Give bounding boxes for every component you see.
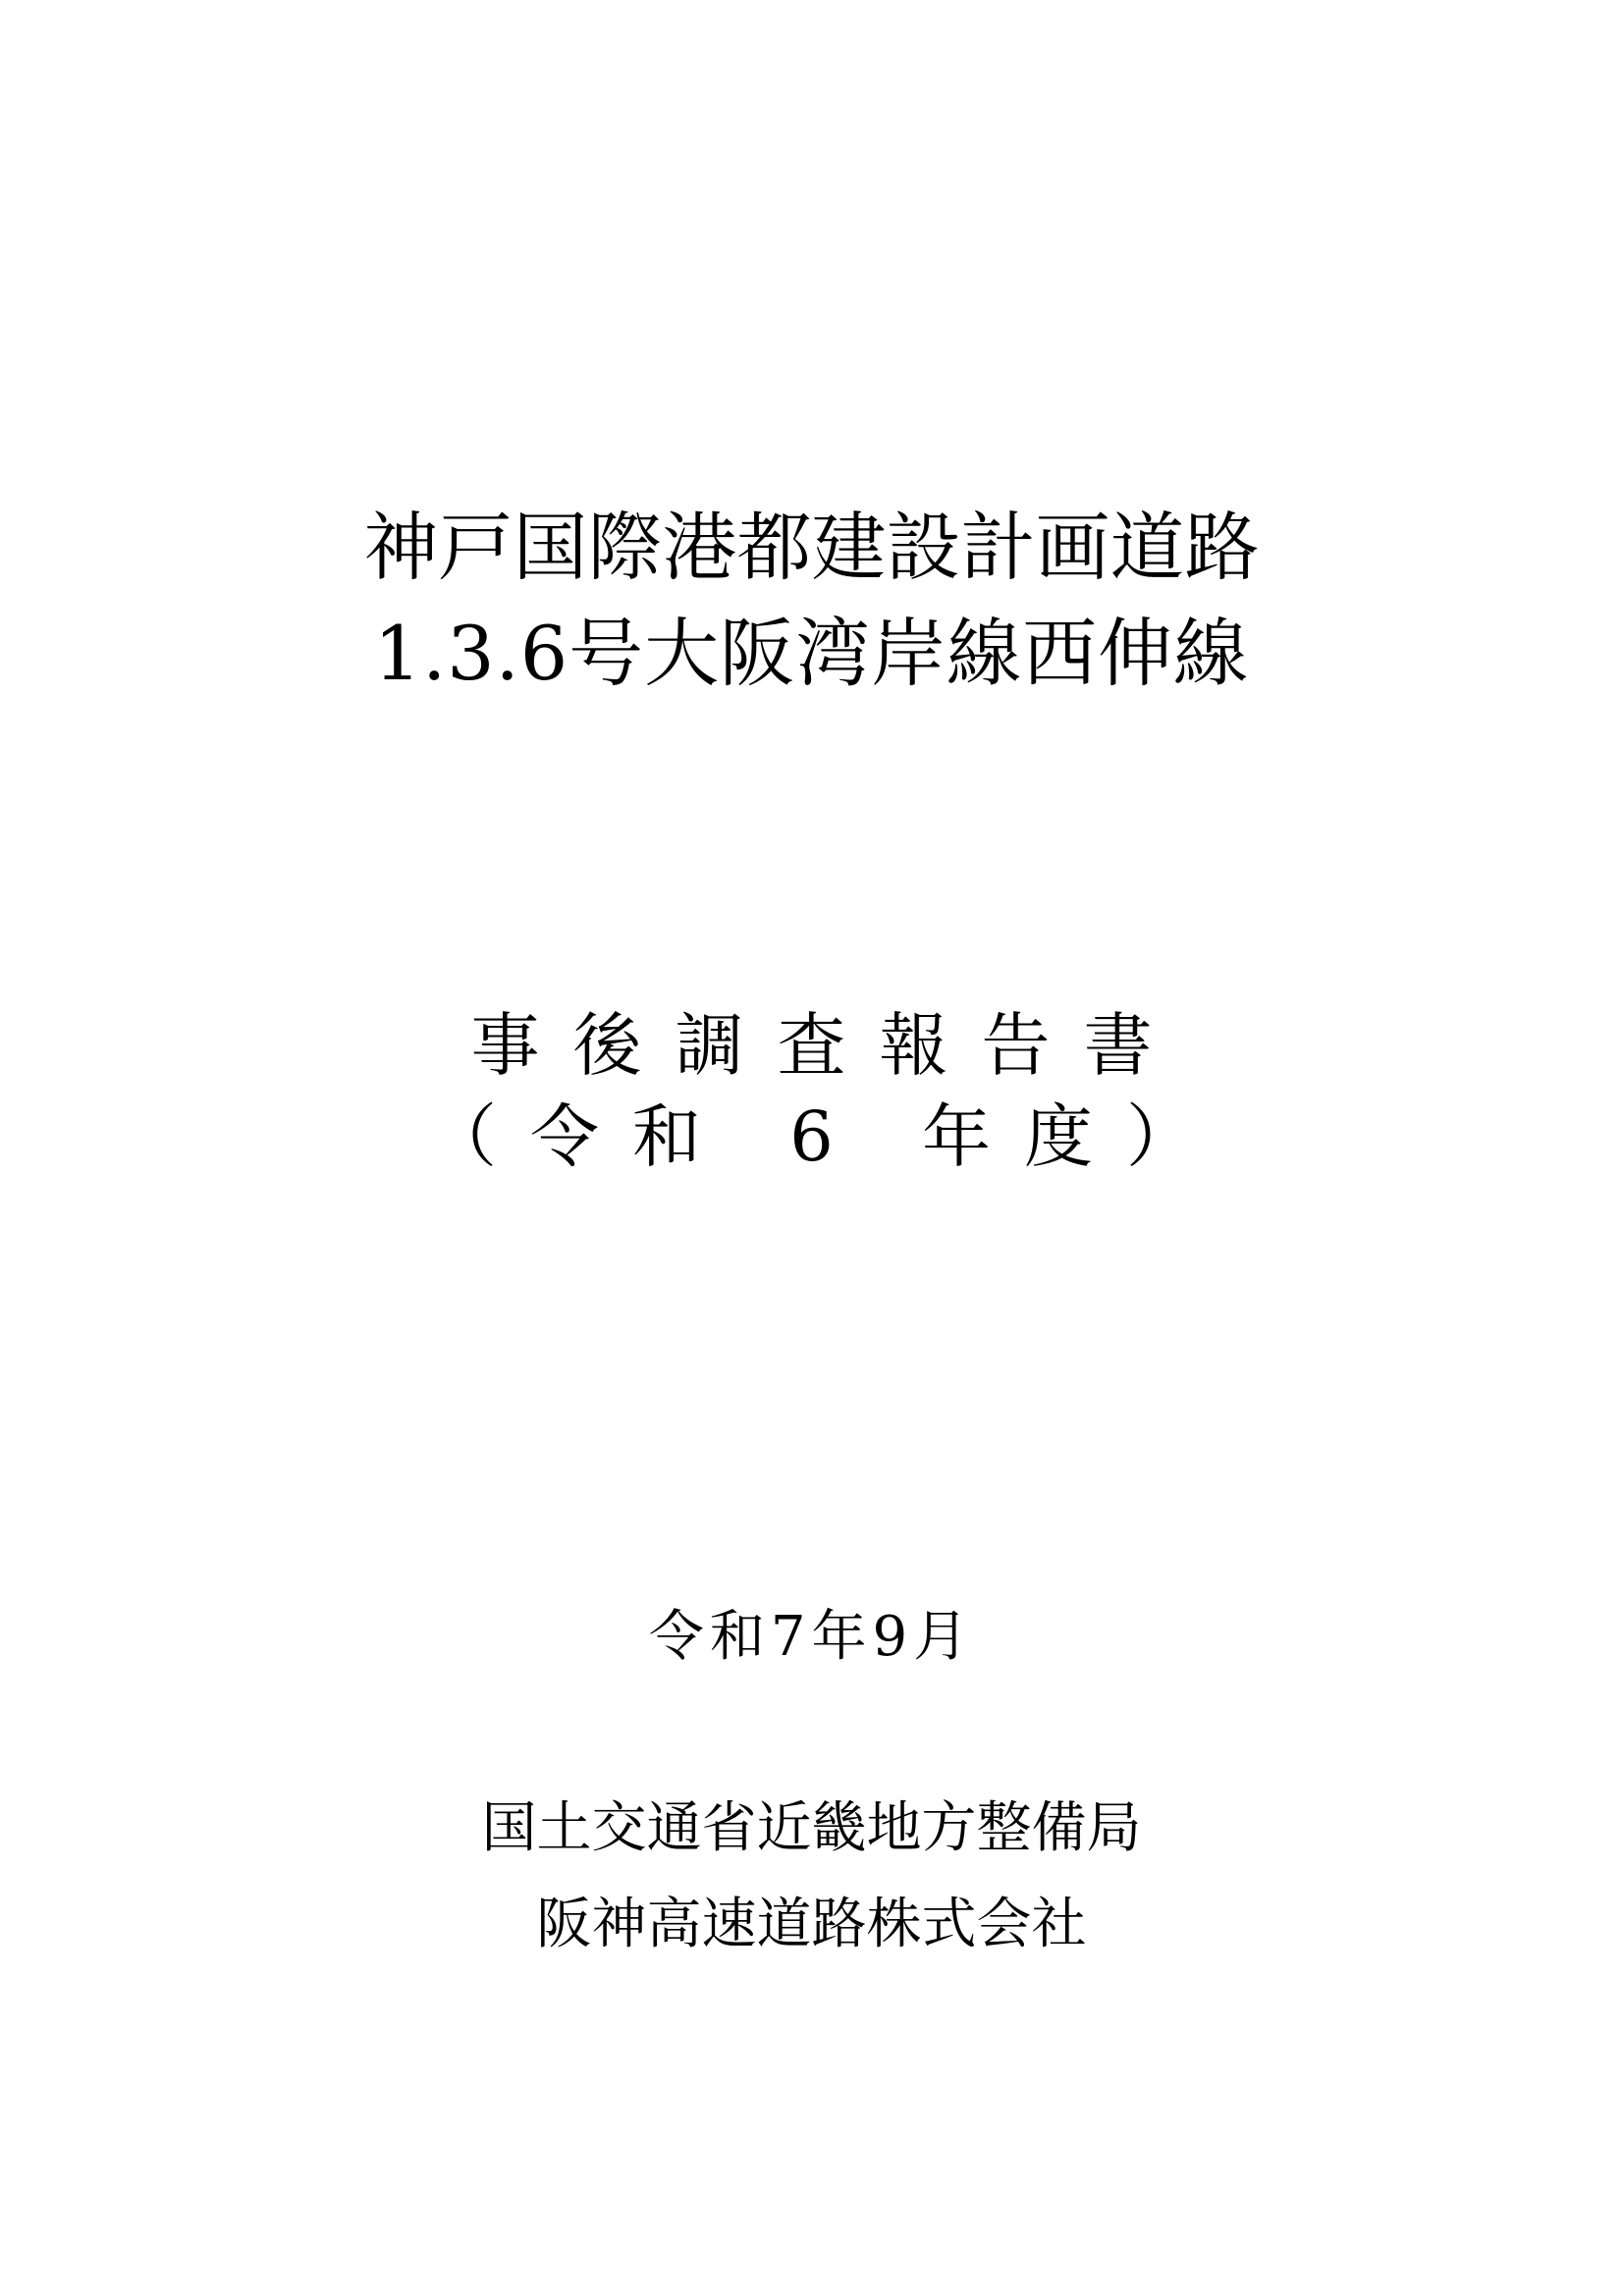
project-title-line1: 神戸国際港都建設計画道路 (0, 510, 1623, 585)
report-fiscal-year: （令和 6 年度） (0, 1102, 1623, 1171)
organization-1: 国土交通省近畿地方整備局 (0, 1801, 1623, 1856)
publication-date: 令和7年9月 (0, 1610, 1623, 1665)
organization-2: 阪神高速道路株式会社 (0, 1897, 1623, 1952)
project-title-line2: 1.3.6号大阪湾岸線西伸線 (0, 616, 1623, 691)
report-title: 事後調査報告書 (0, 1011, 1623, 1080)
